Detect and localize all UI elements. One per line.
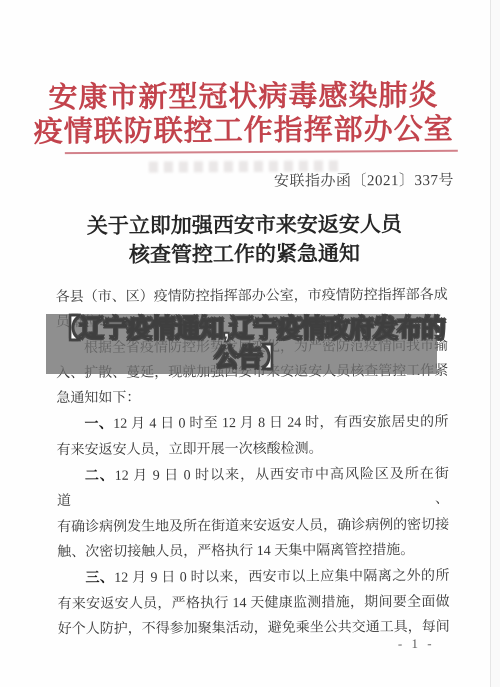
body-line: 触、次密切接触人员，严格执行 14 天集中隔离管控措施。: [57, 538, 449, 566]
body-line-text: 12 月 9 日 0 时以来，西安市以上应集中隔离之外的所: [114, 569, 449, 586]
document-title-line2: 核查管控工作的紧急通知: [0, 239, 490, 271]
watermark-line1: 【辽宁疫情通知,辽宁疫情政府发布的: [0, 315, 500, 344]
header-divider-rule: [65, 150, 458, 154]
list-item-marker: 三、: [85, 569, 114, 585]
watermark-banner-text: 【辽宁疫情通知,辽宁疫情政府发布的 公告】: [0, 315, 500, 372]
body-line-text: 12 月 9 日 0 时以来，从西安市中高风险区及所在街道、: [57, 467, 449, 510]
list-item-marker: 二、: [85, 467, 115, 483]
page-number: - 1 -: [398, 636, 435, 652]
body-line-text: 12 月 4 日 0 时至 12 月 8 日 24 时，有西安旅居史的所: [113, 415, 448, 432]
scanned-document-page: 安康市新型冠状病毒感染肺炎 疫情联防联控工作指挥部办公室 安联指办函〔2021〕…: [0, 0, 500, 687]
issuing-org-title: 安康市新型冠状病毒感染肺炎 疫情联防联控工作指挥部办公室: [0, 79, 489, 150]
document-reference-number: 安联指办函〔2021〕337号: [274, 169, 454, 191]
watermark-line2: 公告】: [0, 344, 500, 373]
document-title-line1: 关于立即加强西安市来安返安人员: [0, 210, 489, 242]
body-line: 好个人防护，不得参加聚集活动，避免乘坐公共交通工具，每间: [58, 615, 450, 643]
body-line: 一、12 月 4 日 0 时至 12 月 8 日 24 时，有西安旅居史的所: [56, 409, 448, 438]
list-item-marker: 一、: [84, 415, 113, 431]
body-line: 有来安返安人员，立即开展一次核酸检测。: [57, 436, 449, 464]
body-line: 各县（市、区）疫情防控指挥部办公室，市疫情防控指挥部各成: [56, 283, 448, 311]
scan-edge-margin: [490, 0, 500, 687]
document-title: 关于立即加强西安市来安返安人员 核查管控工作的紧急通知: [0, 210, 490, 271]
body-line: 急通知如下：: [56, 384, 448, 412]
org-title-line1: 安康市新型冠状病毒感染肺炎: [0, 79, 489, 116]
body-line: 有确诊病例发生地及所在街道来安返安人员，确诊病例的密切接: [57, 512, 449, 540]
body-line: 三、12 月 9 日 0 时以来，西安市以上应集中隔离之外的所: [57, 563, 449, 592]
body-line: 有来安返安人员，严格执行 14 天健康监测措施，期间要全面做: [58, 589, 450, 617]
org-title-line2: 疫情联防联控工作指挥部办公室: [0, 113, 489, 150]
body-line: 二、12 月 9 日 0 时以来，从西安市中高风险区及所在街道、: [57, 461, 449, 515]
